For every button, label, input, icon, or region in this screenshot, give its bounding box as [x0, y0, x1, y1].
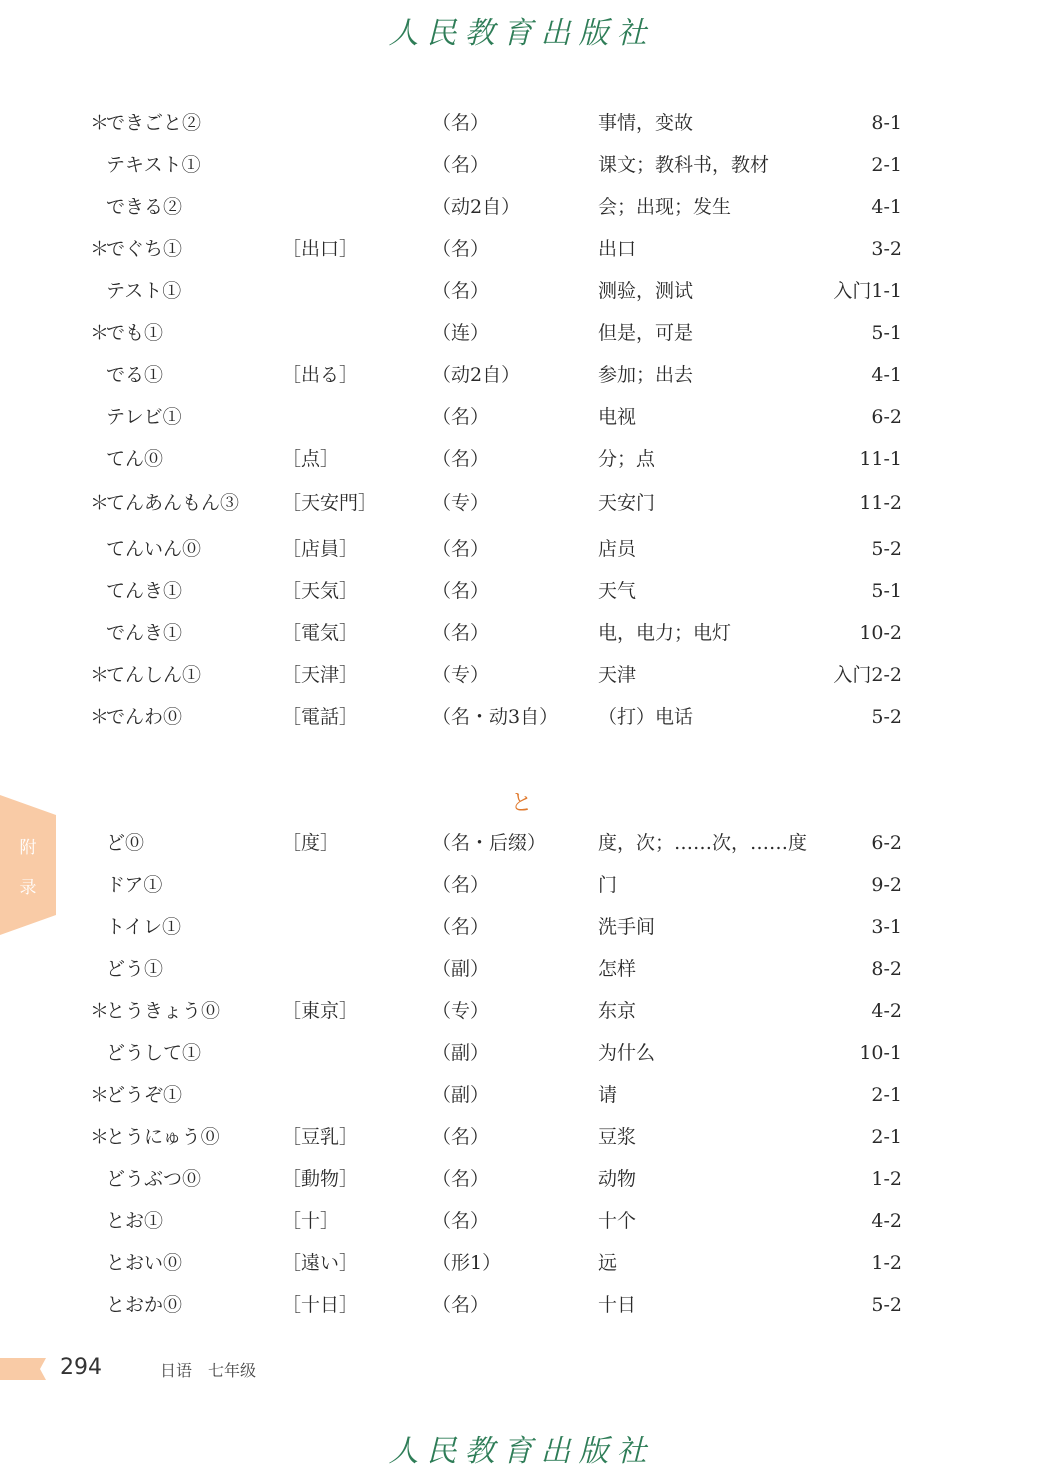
entry-star-marker: ＊ [90, 234, 106, 264]
entry-meaning: 但是，可是 [598, 318, 693, 348]
side-tab-shape [0, 795, 56, 935]
entry-meaning: （打）电话 [598, 702, 693, 732]
entry-word: でる① [106, 360, 163, 390]
entry-meaning: 电视 [598, 402, 636, 432]
entry-word: てん⓪ [106, 444, 163, 474]
entry-lesson-ref: 8-2 [871, 954, 902, 984]
entry-word: でんき① [106, 618, 182, 648]
entry-part-of-speech: （连） [432, 318, 489, 348]
entry-meaning: 远 [598, 1248, 617, 1278]
entry-kanji: ［店員］ [282, 534, 358, 564]
entry-part-of-speech: （名） [432, 534, 489, 564]
entry-lesson-ref: 3-1 [871, 912, 902, 942]
entry-part-of-speech: （名） [432, 870, 489, 900]
entry-star-marker: ＊ [90, 1122, 106, 1152]
entry-part-of-speech: （动2自） [432, 192, 520, 222]
entry-part-of-speech: （名） [432, 150, 489, 180]
entry-word: とおい⓪ [106, 1248, 182, 1278]
vocabulary-entry: どうして①（副）为什么10-1 [0, 1038, 1043, 1068]
entry-kanji: ［天津］ [282, 660, 358, 690]
entry-lesson-ref: 5-1 [871, 576, 902, 606]
book-title: 日语 七年级 [160, 1358, 256, 1381]
vocabulary-entry: ＊どうぞ①（副）请2-1 [0, 1080, 1043, 1110]
entry-word: テレビ① [106, 402, 182, 432]
entry-word: どうぞ① [106, 1080, 182, 1110]
entry-part-of-speech: （名） [432, 444, 489, 474]
entry-meaning: 为什么 [598, 1038, 655, 1068]
entry-lesson-ref: 9-2 [871, 870, 902, 900]
entry-meaning: 天津 [598, 660, 636, 690]
publisher-logo-header: 人民教育出版社 [0, 8, 1043, 52]
vocabulary-entry: テレビ①（名）电视6-2 [0, 402, 1043, 432]
entry-part-of-speech: （名） [432, 402, 489, 432]
entry-meaning: 天安门 [598, 488, 655, 518]
vocabulary-entry: できる②（动2自）会；出现；发生4-1 [0, 192, 1043, 222]
entry-word: どう① [106, 954, 163, 984]
vocabulary-entry: テキスト①（名）课文；教科书，教材2-1 [0, 150, 1043, 180]
entry-part-of-speech: （名・动3自） [432, 702, 558, 732]
entry-lesson-ref: 6-2 [871, 828, 902, 858]
vocabulary-entry: ＊でぐち①［出口］（名）出口3-2 [0, 234, 1043, 264]
entry-meaning: 参加；出去 [598, 360, 693, 390]
entry-kanji: ［豆乳］ [282, 1122, 358, 1152]
entry-lesson-ref: 4-2 [871, 1206, 902, 1236]
entry-star-marker: ＊ [90, 108, 106, 138]
entry-meaning: 会；出现；发生 [598, 192, 731, 222]
vocabulary-entry: てんき①［天気］（名）天气5-1 [0, 576, 1043, 606]
vocabulary-entry: ＊できごと②（名）事情，变故8-1 [0, 108, 1043, 138]
entry-word: テスト① [106, 276, 181, 306]
entry-meaning: 请 [598, 1080, 617, 1110]
footer-accent-bar [0, 1358, 46, 1380]
vocabulary-entry: トイレ①（名）洗手间3-1 [0, 912, 1043, 942]
entry-lesson-ref: 10-2 [859, 618, 902, 648]
entry-kanji: ［電気］ [282, 618, 358, 648]
entry-meaning: 东京 [598, 996, 636, 1026]
entry-lesson-ref: 2-1 [871, 150, 902, 180]
entry-word: トイレ① [106, 912, 181, 942]
entry-word: ど⓪ [106, 828, 144, 858]
vocabulary-entry: ＊とうにゅう⓪［豆乳］（名）豆浆2-1 [0, 1122, 1043, 1152]
vocabulary-entry: とおい⓪［遠い］（形1）远1-2 [0, 1248, 1043, 1278]
vocabulary-entry: ドア①（名）门9-2 [0, 870, 1043, 900]
entry-kanji: ［十日］ [282, 1290, 358, 1320]
vocabulary-entry: どう①（副）怎样8-2 [0, 954, 1043, 984]
entry-part-of-speech: （动2自） [432, 360, 520, 390]
entry-word: できる② [106, 192, 182, 222]
side-tab-label-bottom: 录 [0, 873, 56, 898]
entry-lesson-ref: 5-2 [871, 1290, 902, 1320]
section-heading-to: と [0, 786, 1043, 817]
entry-word: ドア① [106, 870, 162, 900]
entry-lesson-ref: 2-1 [871, 1122, 902, 1152]
entry-word: できごと② [106, 108, 201, 138]
vocabulary-entry: ＊てんあんもん③［天安門］（专）天安门11-2 [0, 488, 1043, 518]
entry-meaning: 出口 [598, 234, 636, 264]
entry-meaning: 店员 [598, 534, 636, 564]
vocabulary-entry: テスト①（名）测验，测试入门1-1 [0, 276, 1043, 306]
entry-lesson-ref: 1-2 [871, 1248, 902, 1278]
entry-kanji: ［東京］ [282, 996, 358, 1026]
entry-lesson-ref: 5-1 [871, 318, 902, 348]
entry-part-of-speech: （名） [432, 912, 489, 942]
entry-lesson-ref: 1-2 [871, 1164, 902, 1194]
entry-part-of-speech: （副） [432, 954, 489, 984]
entry-meaning: 分；点 [598, 444, 655, 474]
entry-part-of-speech: （名） [432, 1290, 489, 1320]
vocabulary-entry: でる①［出る］（动2自）参加；出去4-1 [0, 360, 1043, 390]
entry-word: どうして① [106, 1038, 201, 1068]
entry-meaning: 十个 [598, 1206, 636, 1236]
vocabulary-entry: てん⓪［点］（名）分；点11-1 [0, 444, 1043, 474]
entry-kanji: ［天気］ [282, 576, 358, 606]
entry-lesson-ref: 4-2 [871, 996, 902, 1026]
entry-part-of-speech: （名） [432, 576, 489, 606]
entry-meaning: 电，电力；电灯 [598, 618, 731, 648]
entry-kanji: ［点］ [282, 444, 339, 474]
entry-kanji: ［度］ [282, 828, 339, 858]
vocabulary-entry: てんいん⓪［店員］（名）店员5-2 [0, 534, 1043, 564]
entry-part-of-speech: （名） [432, 1206, 489, 1236]
entry-lesson-ref: 8-1 [871, 108, 902, 138]
entry-star-marker: ＊ [90, 702, 106, 732]
side-tab-label-top: 附 [0, 833, 56, 858]
entry-part-of-speech: （名） [432, 108, 489, 138]
entry-lesson-ref: 入门1-1 [833, 276, 902, 306]
entry-lesson-ref: 3-2 [871, 234, 902, 264]
vocabulary-entry: ＊とうきょう⓪［東京］（专）东京4-2 [0, 996, 1043, 1026]
entry-lesson-ref: 入门2-2 [833, 660, 902, 690]
entry-kanji: ［電話］ [282, 702, 358, 732]
entry-part-of-speech: （名） [432, 1122, 489, 1152]
vocabulary-entry: ＊でんわ⓪［電話］（名・动3自）（打）电话5-2 [0, 702, 1043, 732]
entry-star-marker: ＊ [90, 318, 106, 348]
entry-lesson-ref: 10-1 [859, 1038, 902, 1068]
entry-lesson-ref: 4-1 [871, 360, 902, 390]
entry-meaning: 天气 [598, 576, 636, 606]
entry-word: でんわ⓪ [106, 702, 182, 732]
entry-meaning: 豆浆 [598, 1122, 636, 1152]
entry-star-marker: ＊ [90, 1080, 106, 1110]
entry-part-of-speech: （形1） [432, 1248, 501, 1278]
vocabulary-entry: ＊てんしん①［天津］（专）天津入门2-2 [0, 660, 1043, 690]
entry-word: どうぶつ⓪ [106, 1164, 201, 1194]
entry-part-of-speech: （副） [432, 1080, 489, 1110]
entry-part-of-speech: （专） [432, 996, 489, 1026]
entry-part-of-speech: （副） [432, 1038, 489, 1068]
entry-kanji: ［出口］ [282, 234, 358, 264]
entry-lesson-ref: 6-2 [871, 402, 902, 432]
entry-meaning: 课文；教科书，教材 [598, 150, 769, 180]
entry-star-marker: ＊ [90, 488, 106, 518]
entry-meaning: 怎样 [598, 954, 636, 984]
vocabulary-entry: どうぶつ⓪［動物］（名）动物1-2 [0, 1164, 1043, 1194]
entry-part-of-speech: （专） [432, 488, 489, 518]
entry-lesson-ref: 5-2 [871, 534, 902, 564]
entry-word: てんいん⓪ [106, 534, 201, 564]
entry-part-of-speech: （名） [432, 276, 489, 306]
entry-word: でも① [106, 318, 163, 348]
entry-meaning: 十日 [598, 1290, 636, 1320]
entry-kanji: ［天安門］ [282, 488, 377, 518]
entry-word: でぐち① [106, 234, 182, 264]
vocabulary-entry: とおか⓪［十日］（名）十日5-2 [0, 1290, 1043, 1320]
entry-part-of-speech: （名） [432, 1164, 489, 1194]
publisher-logo-footer: 人民教育出版社 [0, 1426, 1043, 1470]
entry-star-marker: ＊ [90, 996, 106, 1026]
page-number: 294 [60, 1355, 102, 1380]
entry-word: てんしん① [106, 660, 201, 690]
entry-part-of-speech: （名・后缀） [432, 828, 546, 858]
vocabulary-entry: でんき①［電気］（名）电，电力；电灯10-2 [0, 618, 1043, 648]
entry-meaning: 洗手间 [598, 912, 655, 942]
entry-meaning: 度，次；……次，……度 [598, 828, 807, 858]
entry-meaning: 事情，变故 [598, 108, 693, 138]
entry-part-of-speech: （专） [432, 660, 489, 690]
entry-word: テキスト① [106, 150, 201, 180]
entry-lesson-ref: 11-2 [859, 488, 902, 518]
entry-kanji: ［動物］ [282, 1164, 358, 1194]
entry-meaning: 测验，测试 [598, 276, 693, 306]
entry-lesson-ref: 11-1 [859, 444, 902, 474]
vocabulary-entry: とお①［十］（名）十个4-2 [0, 1206, 1043, 1236]
entry-word: てんあんもん③ [106, 488, 239, 518]
entry-lesson-ref: 4-1 [871, 192, 902, 222]
entry-kanji: ［十］ [282, 1206, 339, 1236]
entry-word: とおか⓪ [106, 1290, 182, 1320]
appendix-side-tab: 附 录 [0, 795, 56, 935]
entry-word: とうきょう⓪ [106, 996, 220, 1026]
entry-meaning: 门 [598, 870, 617, 900]
entry-part-of-speech: （名） [432, 234, 489, 264]
entry-lesson-ref: 2-1 [871, 1080, 902, 1110]
entry-word: とうにゅう⓪ [106, 1122, 220, 1152]
entry-word: てんき① [106, 576, 182, 606]
entry-star-marker: ＊ [90, 660, 106, 690]
entry-lesson-ref: 5-2 [871, 702, 902, 732]
vocabulary-entry: ど⓪［度］（名・后缀）度，次；……次，……度6-2 [0, 828, 1043, 858]
entry-word: とお① [106, 1206, 163, 1236]
entry-kanji: ［遠い］ [282, 1248, 358, 1278]
entry-kanji: ［出る］ [282, 360, 358, 390]
vocabulary-entry: ＊でも①（连）但是，可是5-1 [0, 318, 1043, 348]
entry-part-of-speech: （名） [432, 618, 489, 648]
entry-meaning: 动物 [598, 1164, 636, 1194]
